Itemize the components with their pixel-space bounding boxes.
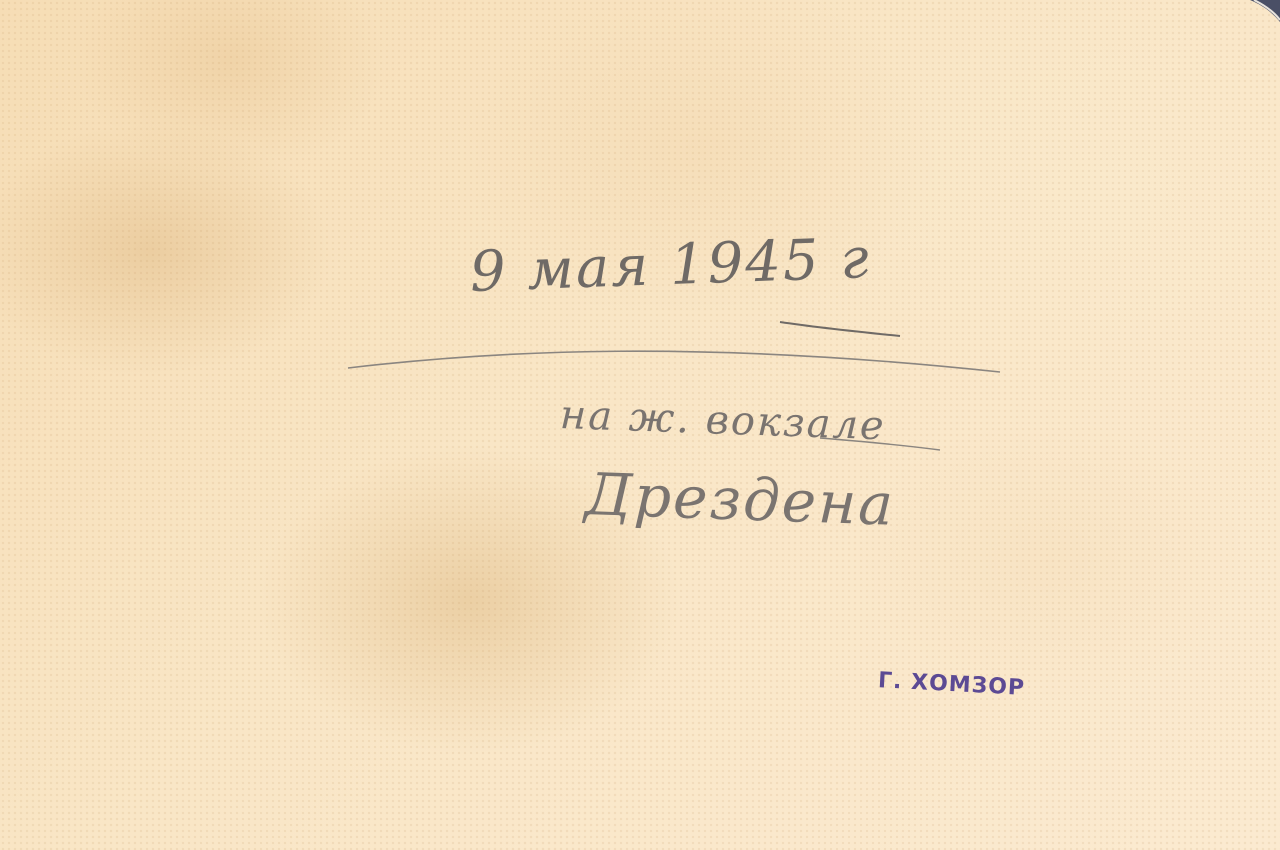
handwritten-place-line-2: Дрездена: [584, 460, 896, 539]
photo-corner-edge: [1220, 0, 1280, 30]
